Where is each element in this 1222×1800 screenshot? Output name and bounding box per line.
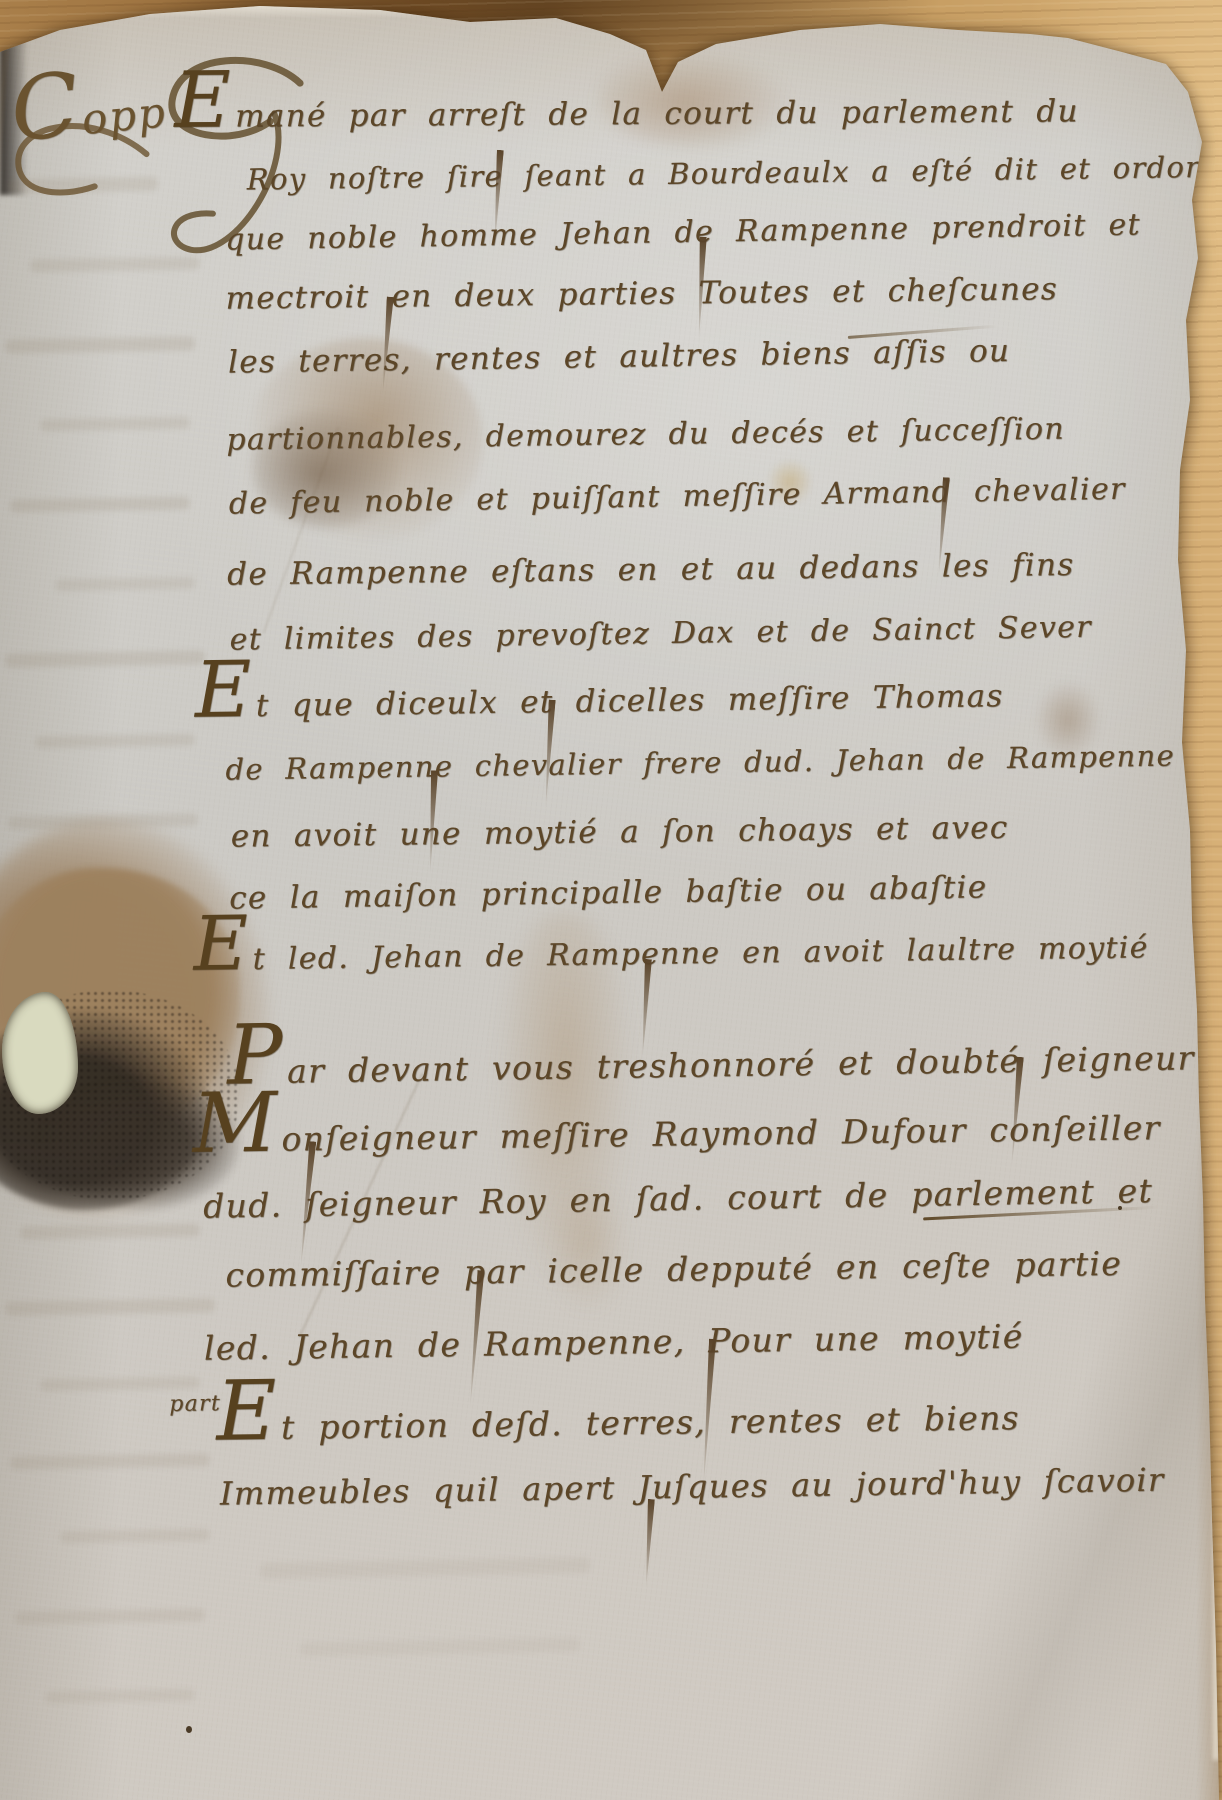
manuscript-line: que noble homme Jehan de Rampenne prendr… bbox=[225, 208, 1141, 258]
manuscript-line: de Rampenne chevalier frere dud. Jehan d… bbox=[225, 740, 1175, 787]
manuscript-line: dud. ſeigneur Roy en ſad. court de parle… bbox=[203, 1172, 1153, 1226]
pen-descender-stroke bbox=[639, 959, 652, 1059]
manuscript-line: ce la maiſon principalle baſtie ou abaſt… bbox=[229, 870, 988, 917]
manuscript-line: de feu noble et puiſſant meſſire Armand … bbox=[229, 473, 1126, 522]
manuscript-page: Copp Emané par arreſt de la court du par… bbox=[0, 0, 1222, 1800]
manuscript-line: de Rampenne eſtans en et au dedans les f… bbox=[227, 548, 1075, 593]
handwritten-text-block: Copp Emané par arreſt de la court du par… bbox=[0, 0, 1222, 1800]
manuscript-line: Et que diceulx et dicelles meſſire Thoma… bbox=[195, 679, 1004, 725]
interline-note: part bbox=[169, 1391, 221, 1417]
paper-shadow-wrap: Copp Emané par arreſt de la court du par… bbox=[0, 0, 1222, 1800]
manuscript-line: et limites des prevoſtez Dax et de Sainc… bbox=[229, 611, 1092, 658]
manuscript-line: les terres, rentes et aultres biens aſſi… bbox=[228, 334, 1011, 381]
manuscript-line: led. Jehan de Rampenne, Pour une moytié bbox=[204, 1318, 1024, 1368]
manuscript-line: partionnables, demourez du decés et ſucc… bbox=[226, 413, 1065, 458]
margin-c-flourish bbox=[0, 70, 197, 201]
manuscript-line: Roy noſtre ſire ſeant a Bourdeaulx a eſt… bbox=[247, 150, 1222, 196]
manuscript-line: mectroit en deux parties Toutes et cheſc… bbox=[225, 272, 1058, 317]
manuscript-line: Emané par arreſt de la court du parlemen… bbox=[174, 94, 1079, 135]
photo-scene: Copp Emané par arreſt de la court du par… bbox=[0, 0, 1222, 1800]
manuscript-line: Et led. Jehan de Rampenne en avoit lault… bbox=[193, 931, 1149, 978]
manuscript-line: commiſſaire par icelle depputé en ceſte … bbox=[225, 1245, 1122, 1295]
manuscript-line: Immeubles quil apert Juſques au jourd'hu… bbox=[220, 1462, 1165, 1513]
manuscript-line: en avoit une moytié a ſon choays et avec bbox=[231, 811, 1009, 855]
pen-descender-stroke bbox=[642, 1499, 655, 1589]
manuscript-line: Par devant vous treshonnoré et doubté ſe… bbox=[227, 1039, 1195, 1091]
manuscript-line: Et portion deſd. terres, rentes et biens bbox=[216, 1399, 1020, 1447]
right-deckle-edge-highlight bbox=[1213, 60, 1219, 1760]
